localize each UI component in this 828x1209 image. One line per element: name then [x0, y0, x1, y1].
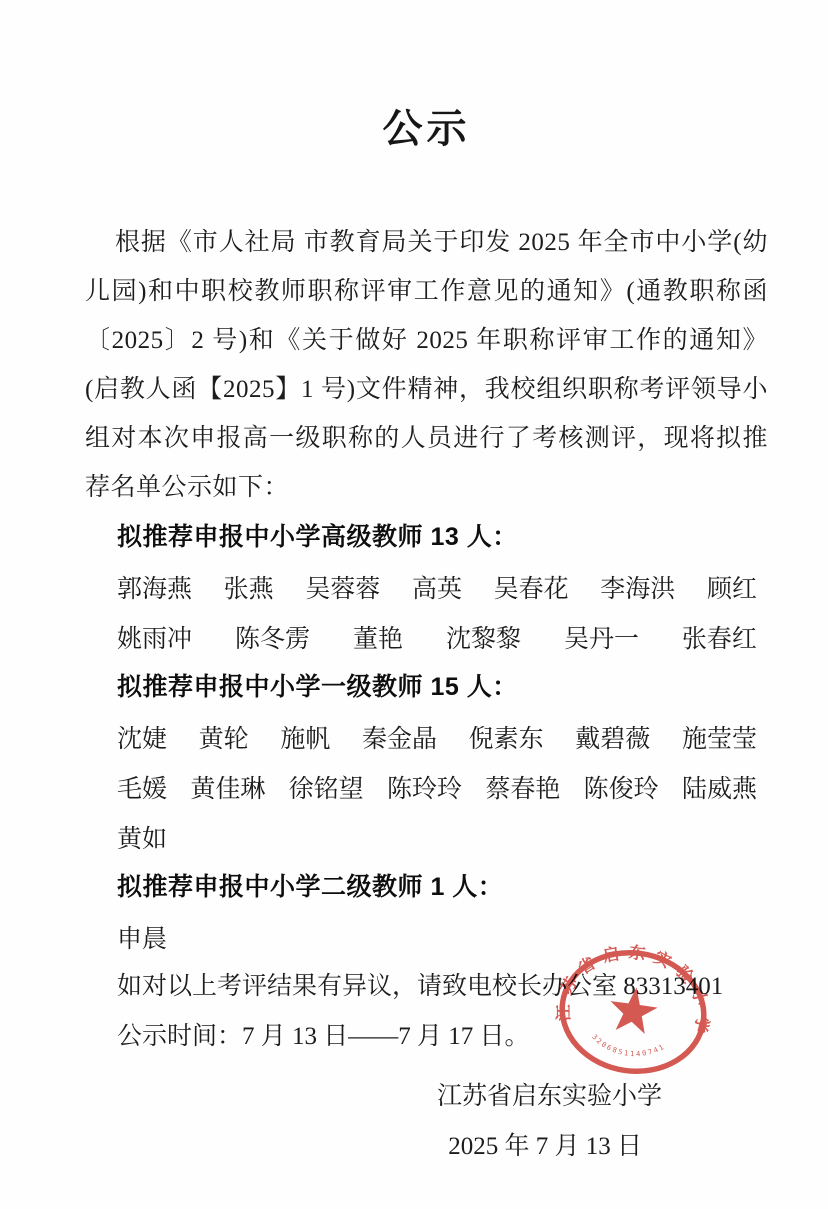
person-name: 吴丹一 — [564, 619, 639, 655]
person-name: 毛媛 — [117, 769, 167, 805]
group-heading: 拟推荐申报中小学高级教师 13 人： — [117, 512, 768, 562]
signature-school-name: 江苏省启东实验小学 — [85, 1072, 768, 1122]
name-row: 申晨 — [117, 912, 768, 962]
group-second-level-teachers: 拟推荐申报中小学二级教师 1 人： 申晨 — [85, 862, 768, 962]
person-name: 姚雨冲 — [117, 619, 192, 655]
group-first-level-teachers: 拟推荐申报中小学一级教师 15 人： 沈婕黄轮施帆秦金晶倪素东戴碧薇施莹莹毛媛黄… — [85, 662, 768, 862]
notice-document: 公示 根据《市人社局 市教育局关于印发 2025 年全市中小学(幼儿园)和中职校… — [0, 0, 828, 1209]
person-name: 施帆 — [280, 719, 330, 755]
signature-date: 2025 年 7 月 13 日 — [85, 1122, 768, 1172]
intro-paragraph: 根据《市人社局 市教育局关于印发 2025 年全市中小学(幼儿园)和中职校教师职… — [85, 218, 768, 512]
person-name: 李海洪 — [600, 569, 675, 605]
person-name: 陈冬雳 — [235, 619, 310, 655]
name-rows: 申晨 — [85, 912, 768, 962]
person-name: 吴蓉蓉 — [305, 569, 380, 605]
group-senior-teachers: 拟推荐申报中小学高级教师 13 人： 郭海燕张燕吴蓉蓉高英吴春花李海洪顾红姚雨冲… — [85, 512, 768, 662]
person-name: 陈玲玲 — [387, 769, 462, 805]
person-name: 陆威燕 — [682, 769, 757, 805]
person-name: 沈婕 — [117, 719, 167, 755]
name-row: 沈婕黄轮施帆秦金晶倪素东戴碧薇施莹莹 — [117, 712, 757, 762]
person-name: 黄轮 — [199, 719, 249, 755]
name-rows: 郭海燕张燕吴蓉蓉高英吴春花李海洪顾红姚雨冲陈冬雳董艳沈黎黎吴丹一张春红 — [85, 562, 768, 662]
person-name: 黄佳琳 — [190, 769, 265, 805]
person-name: 蔡春艳 — [485, 769, 560, 805]
person-name: 吴春花 — [494, 569, 569, 605]
name-row: 姚雨冲陈冬雳董艳沈黎黎吴丹一张春红 — [117, 612, 757, 662]
name-row: 郭海燕张燕吴蓉蓉高英吴春花李海洪顾红 — [117, 562, 757, 612]
person-name: 戴碧薇 — [575, 719, 650, 755]
person-name: 徐铭望 — [289, 769, 364, 805]
contact-line: 如对以上考评结果有异议，请致电校长办公室 83313401 — [117, 962, 768, 1012]
person-name: 顾红 — [707, 569, 757, 605]
person-name: 沈黎黎 — [446, 619, 521, 655]
person-name: 倪素东 — [469, 719, 544, 755]
person-name: 高英 — [412, 569, 462, 605]
person-name: 陈俊玲 — [584, 769, 659, 805]
publicity-period-line: 公示时间：7 月 13 日——7 月 17 日。 — [117, 1012, 768, 1062]
name-row: 黄如 — [117, 812, 768, 862]
group-heading: 拟推荐申报中小学二级教师 1 人： — [117, 862, 768, 912]
person-name: 秦金晶 — [362, 719, 437, 755]
person-name: 施莹莹 — [682, 719, 757, 755]
person-name: 张春红 — [682, 619, 757, 655]
person-name: 申晨 — [117, 919, 167, 955]
name-rows: 沈婕黄轮施帆秦金晶倪素东戴碧薇施莹莹毛媛黄佳琳徐铭望陈玲玲蔡春艳陈俊玲陆威燕黄如 — [85, 712, 768, 862]
page-title: 公示 — [85, 0, 768, 154]
person-name: 郭海燕 — [117, 569, 192, 605]
person-name: 董艳 — [353, 619, 403, 655]
name-row: 毛媛黄佳琳徐铭望陈玲玲蔡春艳陈俊玲陆威燕 — [117, 762, 757, 812]
person-name: 黄如 — [117, 819, 167, 855]
person-name: 张燕 — [224, 569, 274, 605]
group-heading: 拟推荐申报中小学一级教师 15 人： — [117, 662, 768, 712]
